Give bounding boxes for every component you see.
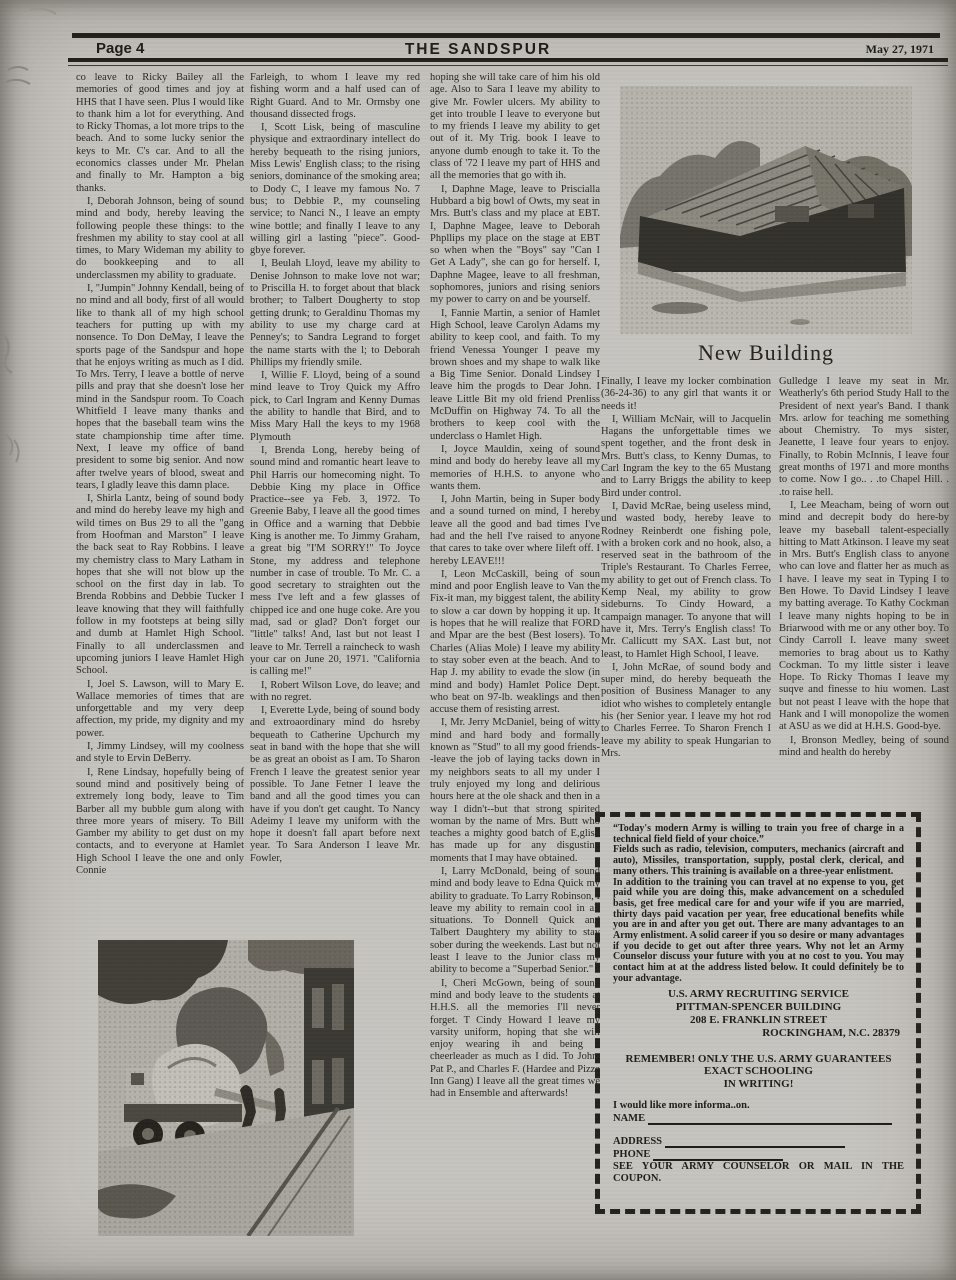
- text-column-4: Finally, I leave my locker combination (…: [601, 376, 771, 810]
- paragraph: I, Larry McDonald, being of sound mind a…: [430, 866, 600, 977]
- paragraph: I, "Jumpin" Johnny Kendall, being of no …: [76, 283, 244, 492]
- coupon-note: SEE YOUR ARMY COUNSELOR OR MAIL IN THE C…: [613, 1161, 904, 1185]
- ad-reminder-line: EXACT SCHOOLING: [613, 1065, 904, 1078]
- ad-reminder-block: REMEMBER! ONLY THE U.S. ARMY GUARANTEES …: [613, 1053, 904, 1091]
- issue-date: May 27, 1971: [866, 42, 934, 57]
- coupon-address-field: ADDRESS: [613, 1136, 904, 1148]
- paragraph: I, David McRae, being useless mind, und …: [601, 501, 771, 661]
- paragraph: I, Mr. Jerry McDaniel, being of witty mi…: [430, 717, 600, 865]
- ad-body-fields: Fields such as radio, television, comput…: [613, 845, 904, 877]
- coupon-phone-label: PHONE: [613, 1149, 650, 1161]
- newspaper-title: THE SANDSPUR: [0, 41, 956, 59]
- coupon-address-label: ADDRESS: [613, 1136, 662, 1148]
- paragraph: I, Beulah Lloyd, leave my ability to Den…: [250, 258, 420, 369]
- paragraph: I, Robert Wilson Love, do leave; and wit…: [250, 680, 420, 705]
- paragraph: I, Fannie Martin, a senior of Hamlet Hig…: [430, 308, 600, 443]
- paragraph: I, Jimmy Lindsey, will my coolness and s…: [76, 741, 244, 766]
- paragraph: I, Scott Lisk, being of masculine physiq…: [250, 122, 420, 257]
- paragraph: Farleigh, to whom I leave my red fishing…: [250, 72, 420, 121]
- ad-address-block: U.S. ARMY RECRUITING SERVICE PITTMAN-SPE…: [613, 988, 904, 1040]
- paragraph: I, John McRae, of sound body and super m…: [601, 662, 771, 760]
- ad-body-benefits: In addition to the training you can trav…: [613, 878, 904, 985]
- newspaper-page: Page 4 THE SANDSPUR May 27, 1971 co leav…: [0, 0, 956, 1280]
- text-column-2: Farleigh, to whom I leave my red fishing…: [250, 72, 420, 914]
- paragraph: I, Leon McCaskill, being of soun mind an…: [430, 569, 600, 717]
- ad-coupon-form: I would like more informa..on. NAME ADDR…: [613, 1100, 904, 1185]
- paragraph: I, Shirla Lantz, being of sound body and…: [76, 493, 244, 677]
- ad-address-line: 208 E. FRANKLIN STREET: [613, 1014, 904, 1027]
- army-recruiting-ad: “Today's modern Army is willing to train…: [595, 812, 921, 1214]
- ad-address-line: ROCKINGHAM, N.C. 28379: [613, 1027, 904, 1040]
- coupon-phone-line: [653, 1151, 783, 1161]
- coupon-phone-field: PHONE: [613, 1149, 904, 1161]
- coupon-name-line: [648, 1115, 892, 1125]
- header-bottom-rule: [68, 58, 948, 66]
- ad-address-line: U.S. ARMY RECRUITING SERVICE: [613, 988, 904, 1001]
- text-column-3: hoping she will take care of him his old…: [430, 72, 600, 1234]
- paragraph: I, Daphne Mage, leave to Priscialla Hubb…: [430, 184, 600, 307]
- street-work-photo: [98, 940, 354, 1236]
- paragraph: I, Joyce Mauldin, xeing of sound mind an…: [430, 444, 600, 493]
- paragraph: I, Cheri McGown, being of sound mind and…: [430, 978, 600, 1101]
- paragraph: I, Joel S. Lawson, will to Mary E. Walla…: [76, 679, 244, 740]
- text-column-5: Gulledge I leave my seat in Mr. Weatherl…: [779, 376, 949, 810]
- page-header: Page 4 THE SANDSPUR May 27, 1971: [0, 40, 956, 60]
- paragraph: Gulledge I leave my seat in Mr. Weatherl…: [779, 376, 949, 499]
- paragraph: I, Deborah Johnson, being of sound mind …: [76, 196, 244, 282]
- new-building-caption: New Building: [620, 340, 912, 366]
- margin-pencil-marks: [0, 0, 70, 700]
- coupon-intro: I would like more informa..on.: [613, 1100, 904, 1112]
- text-column-1: co leave to Ricky Bailey all the memorie…: [76, 72, 244, 932]
- coupon-address-line: [665, 1138, 845, 1148]
- paragraph: I, Willie F. Lloyd, being of a sound min…: [250, 370, 420, 444]
- paragraph: I, Bronson Medley, being of sound mind a…: [779, 735, 949, 760]
- coupon-name-label: NAME: [613, 1113, 645, 1125]
- new-building-photo: [620, 86, 912, 334]
- paragraph: I, John Martin, being in Super body and …: [430, 494, 600, 568]
- paragraph: Finally, I leave my locker combination (…: [601, 376, 771, 413]
- paragraph: I, William McNair, will to Jacquelin Hag…: [601, 414, 771, 500]
- ad-reminder-line: IN WRITING!: [613, 1078, 904, 1091]
- paragraph: I, Lee Meacham, being of worn out mind a…: [779, 500, 949, 734]
- ad-reminder-line: REMEMBER! ONLY THE U.S. ARMY GUARANTEES: [613, 1053, 904, 1066]
- ad-address-line: PITTMAN-SPENCER BUILDING: [613, 1001, 904, 1014]
- paragraph: I, Everette Lyde, being of sound body an…: [250, 705, 420, 865]
- paragraph: I, Rene Lindsay, hopefully being of soun…: [76, 767, 244, 878]
- coupon-name-field: NAME: [613, 1113, 904, 1125]
- paragraph: co leave to Ricky Bailey all the memorie…: [76, 72, 244, 195]
- paragraph: hoping she will take care of him his old…: [430, 72, 600, 183]
- paragraph: I, Brenda Long, hereby being of sound mi…: [250, 445, 420, 679]
- ad-quote: “Today's modern Army is willing to train…: [613, 824, 904, 845]
- masthead-top-rule: [72, 33, 940, 38]
